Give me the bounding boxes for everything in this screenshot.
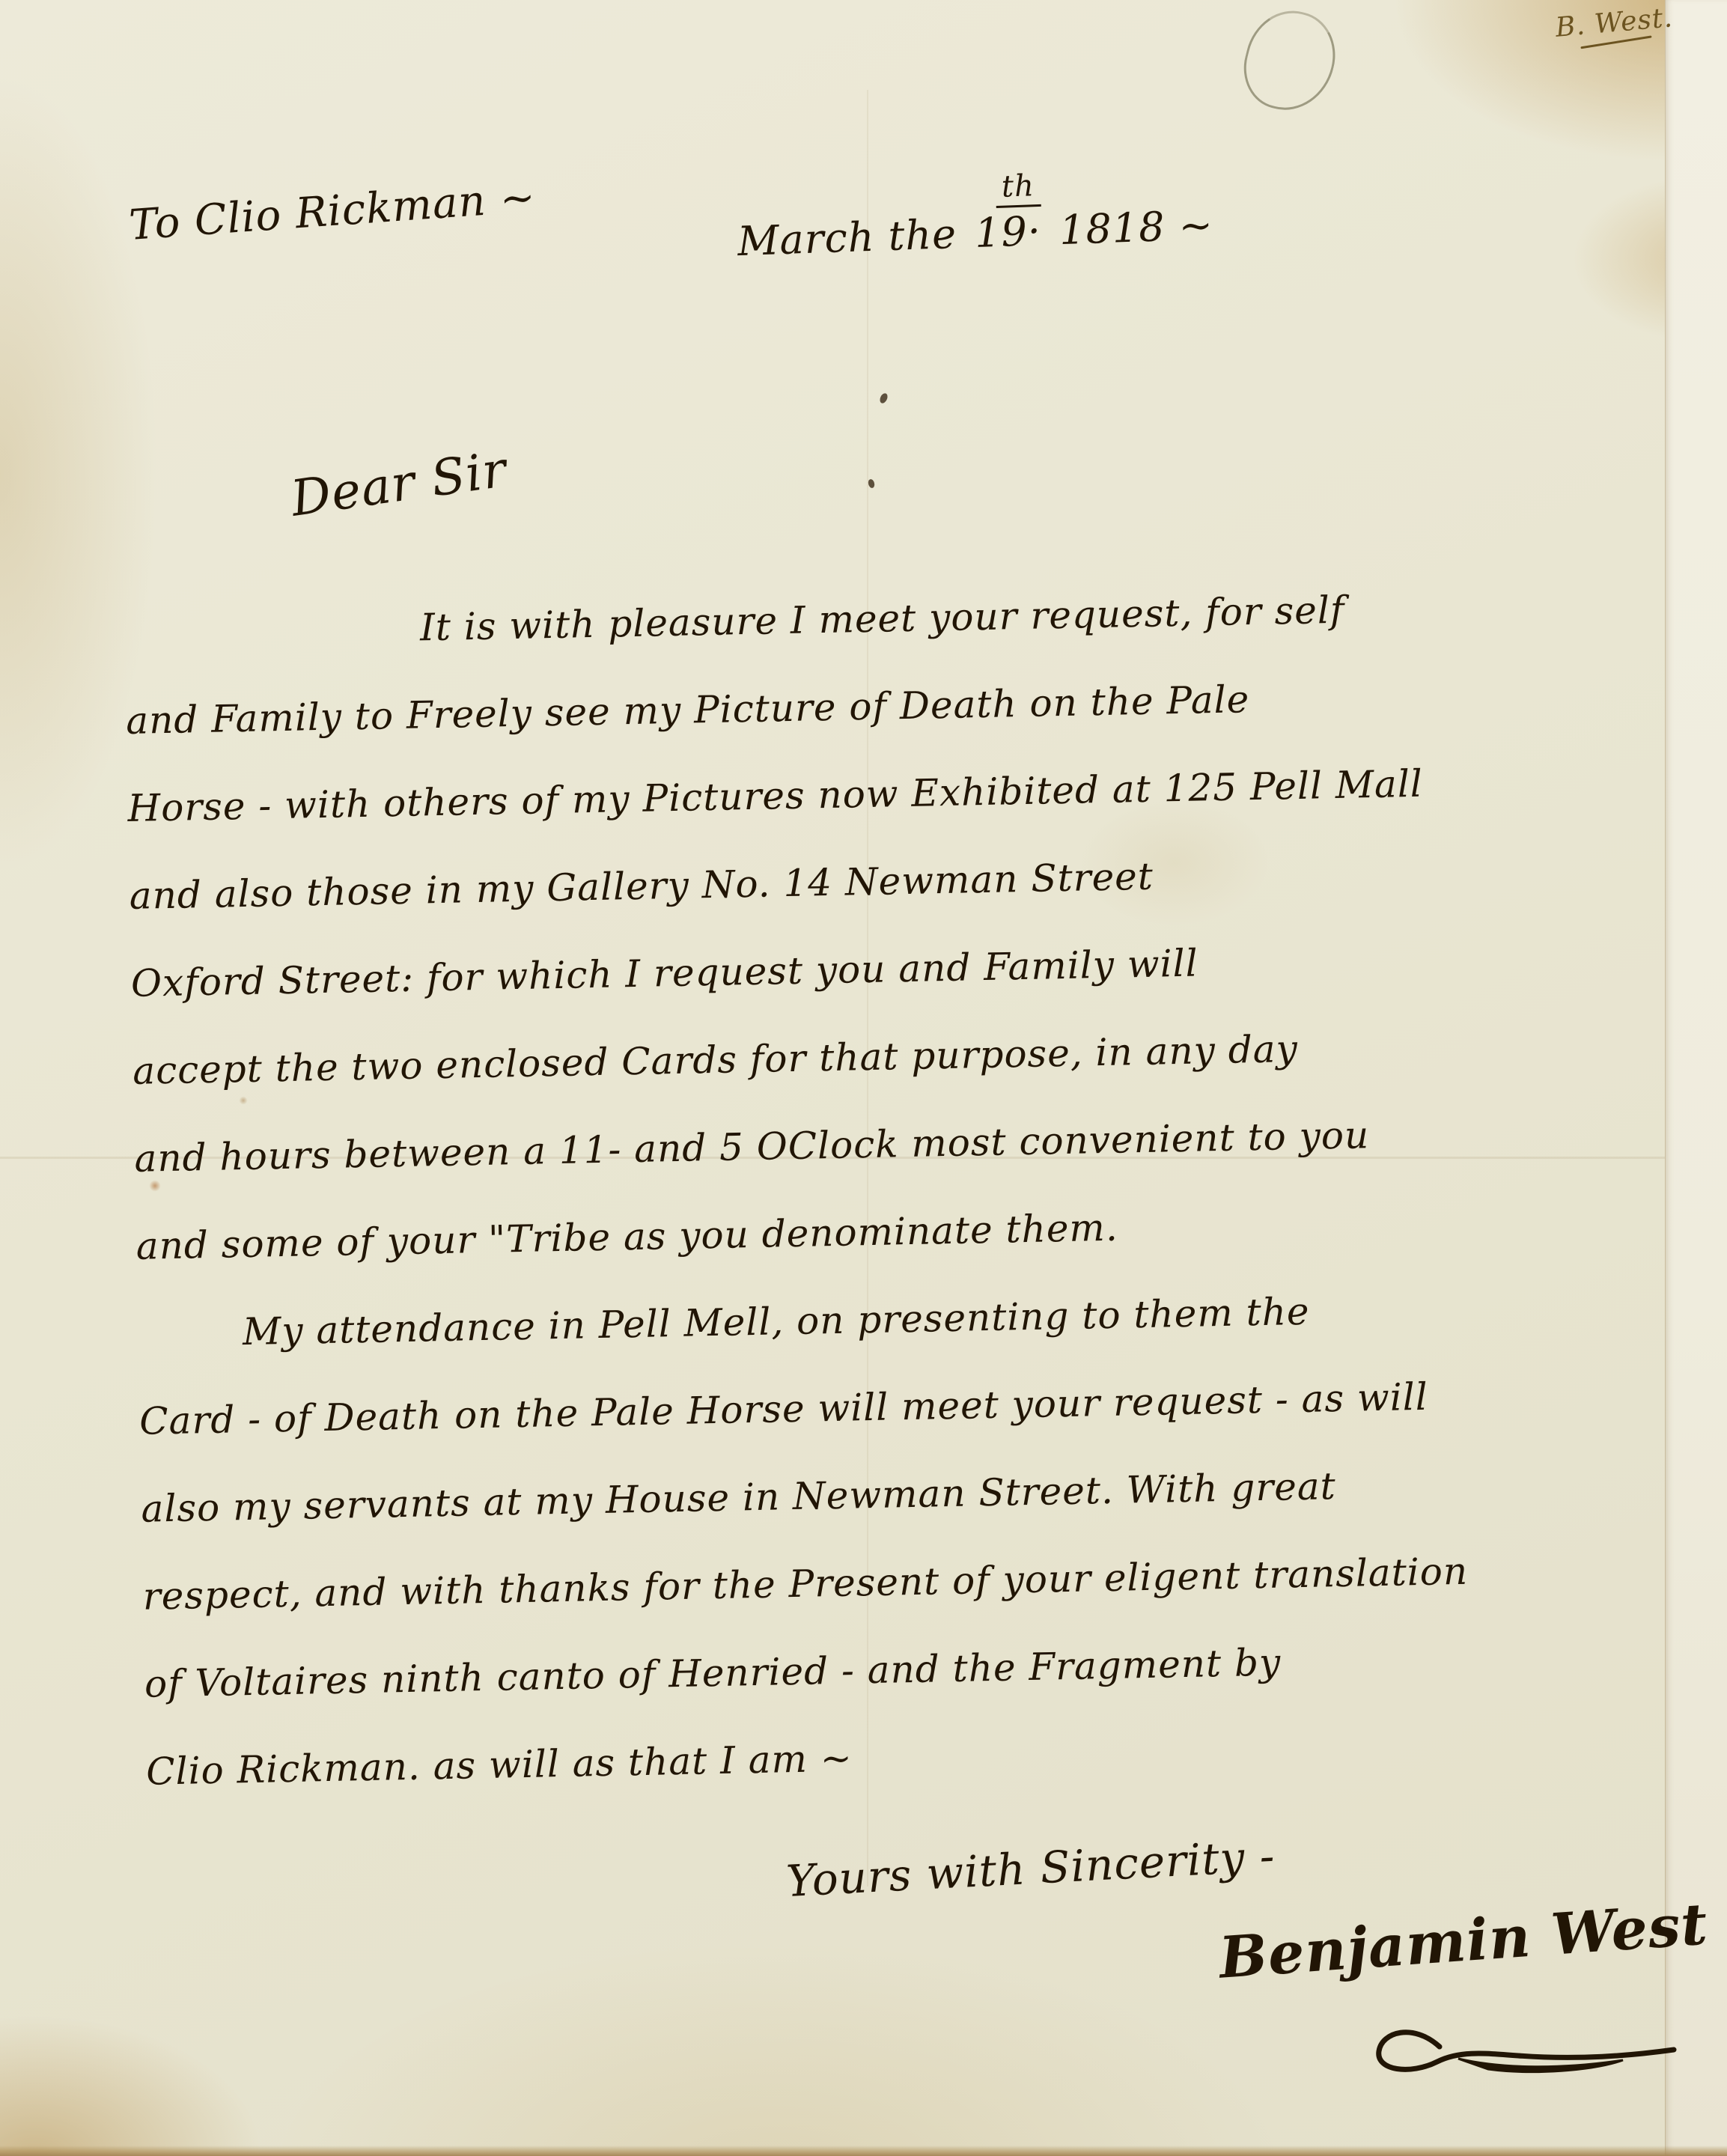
date-day: 19· xyxy=(974,207,1042,257)
signature-flourish xyxy=(1368,2000,1683,2083)
date-prefix: March the xyxy=(737,210,957,265)
date-day-group: th 19· xyxy=(974,207,1042,257)
letter-body: It is with pleasure I meet your request,… xyxy=(124,560,1689,1815)
paper-bottom-edge xyxy=(0,2146,1727,2156)
date-superscript: th xyxy=(995,168,1041,208)
date-year: 1818 ~ xyxy=(1059,201,1214,254)
letter-page: B. West. To Clio Rickman ~ March the th … xyxy=(0,0,1727,2156)
